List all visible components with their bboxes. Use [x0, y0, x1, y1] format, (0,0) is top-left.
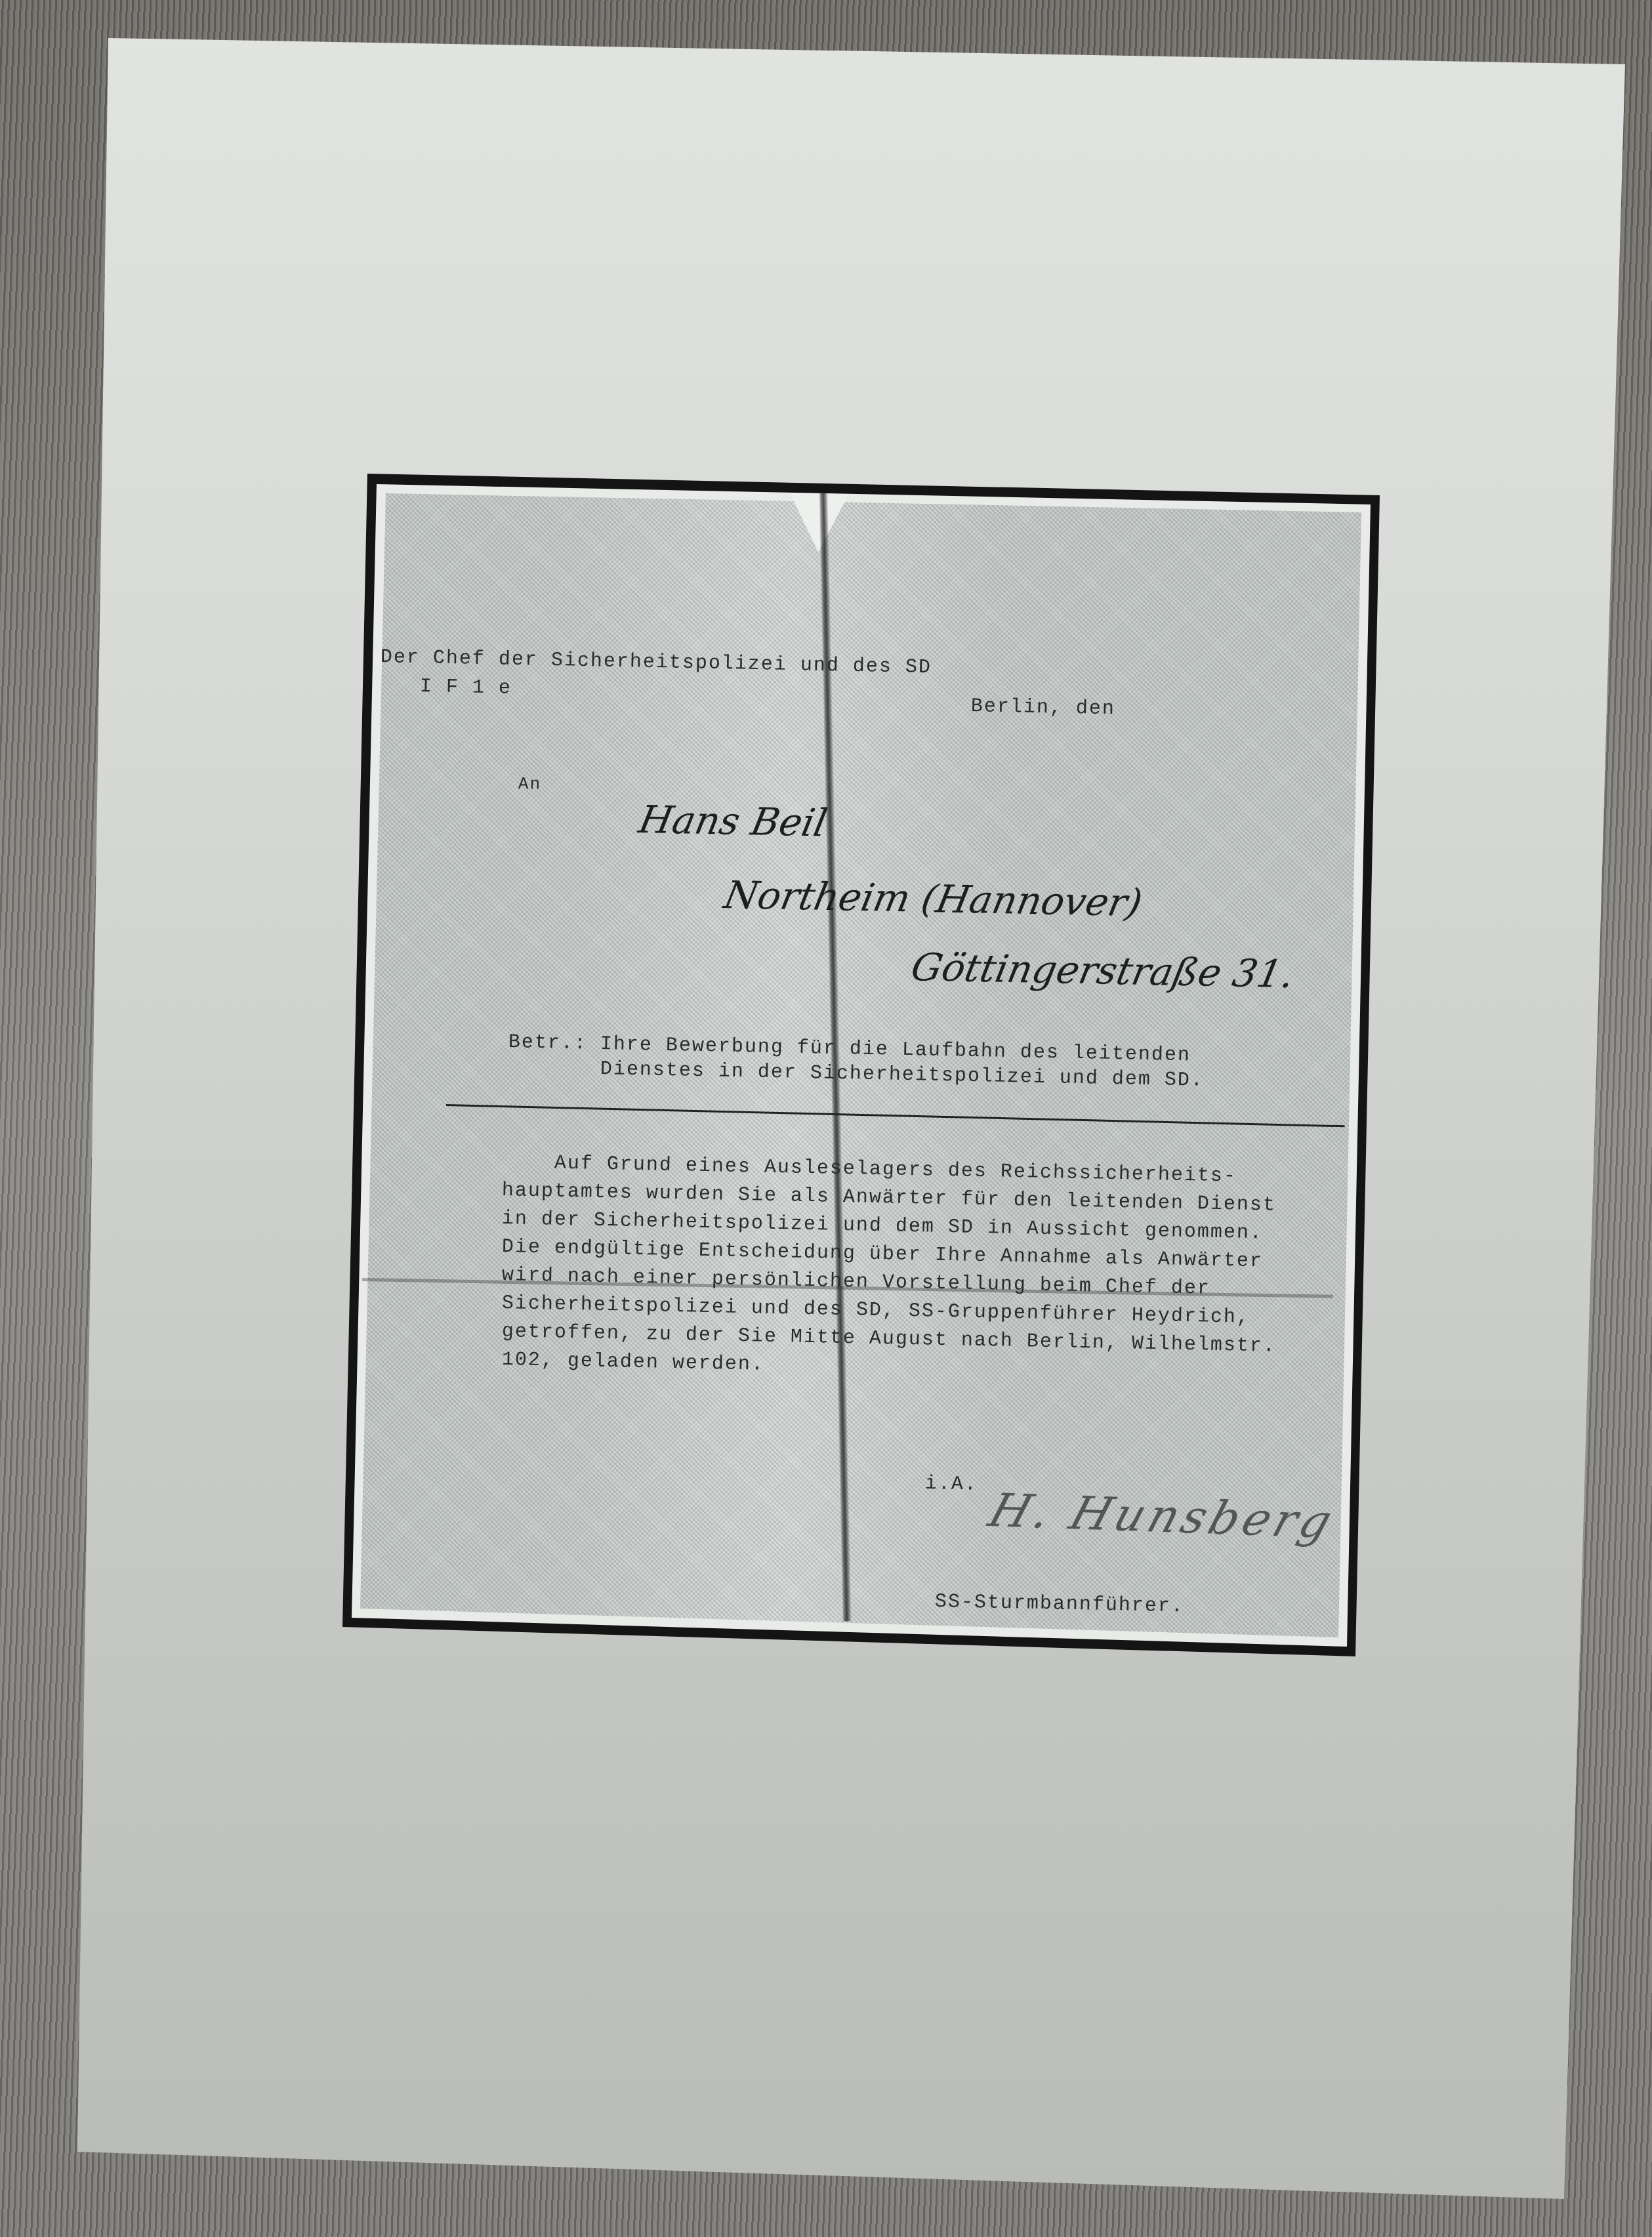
- signoff: i.A.: [925, 1473, 978, 1496]
- recipient-name: Hans Beil: [635, 797, 831, 845]
- recipient-prefix: An: [518, 774, 542, 794]
- recipient-street: Göttingerstraße 31.: [907, 945, 1298, 996]
- reference-code: I F 1 e: [420, 676, 512, 700]
- signatory-rank: SS-Sturmbannführer.: [935, 1591, 1185, 1618]
- place-date: Berlin, den: [971, 695, 1116, 720]
- recipient-city: Northeim (Hannover): [720, 872, 1146, 925]
- subject-label: Betr.:: [508, 1031, 588, 1055]
